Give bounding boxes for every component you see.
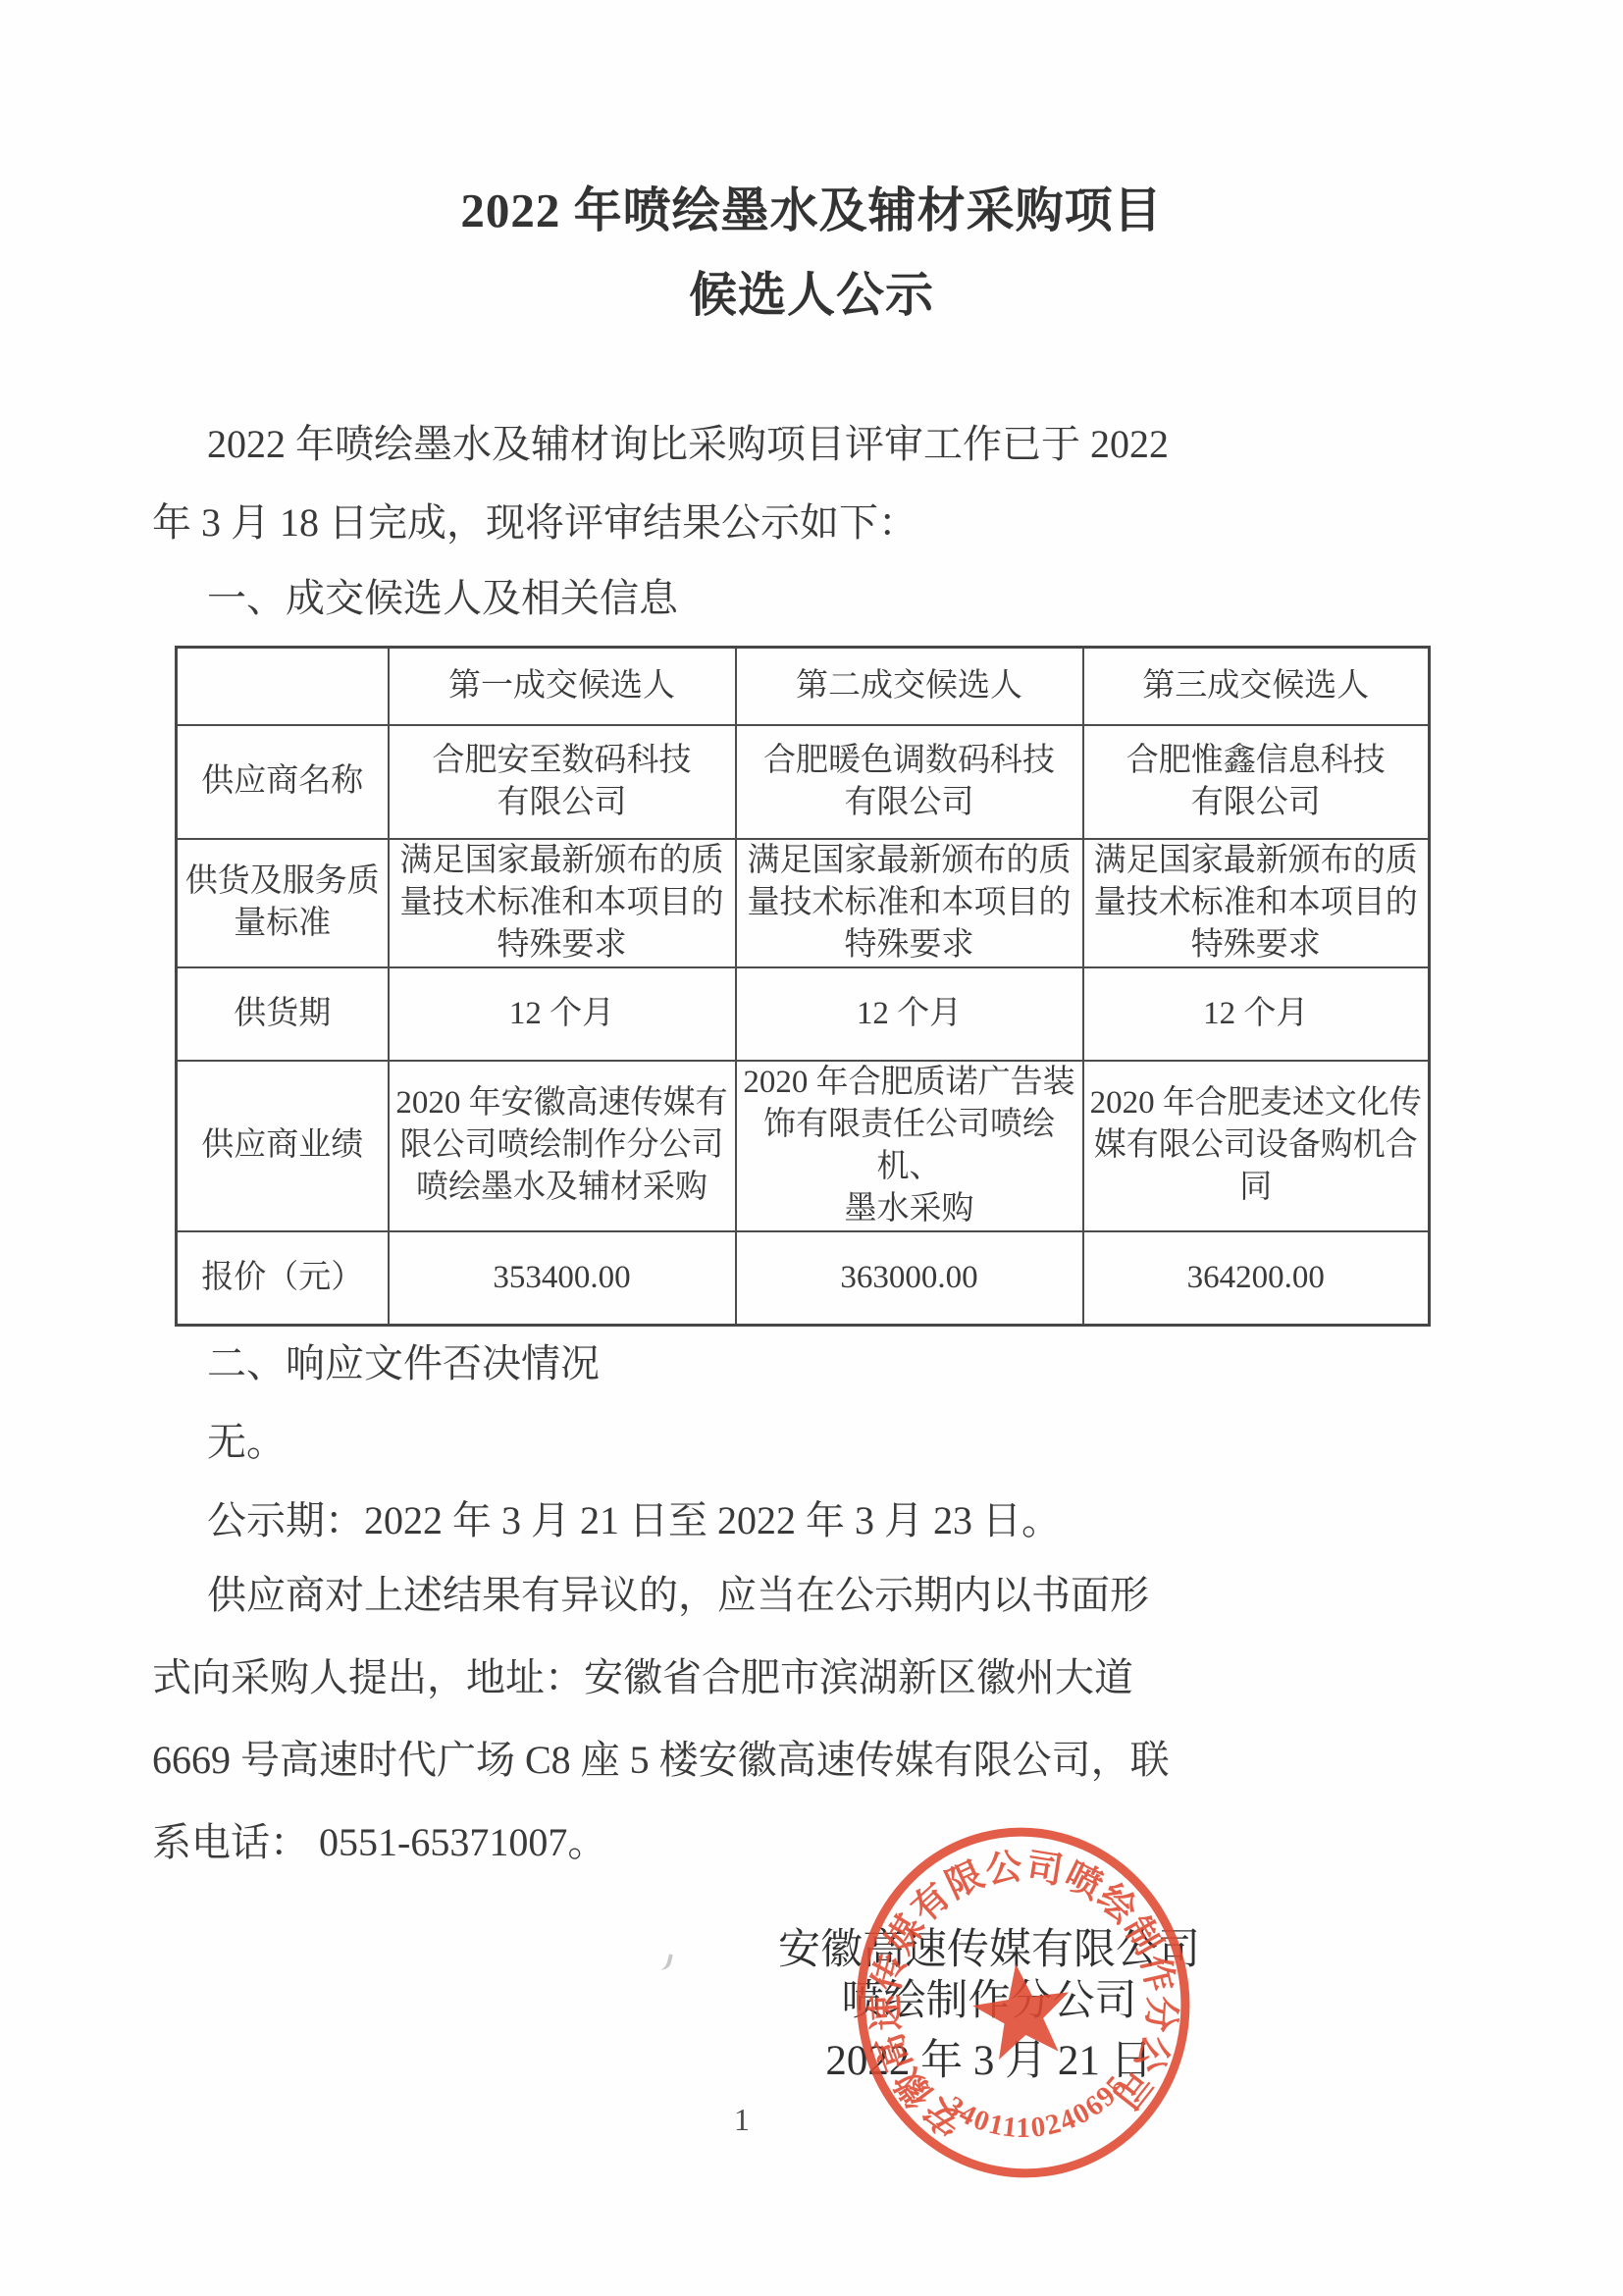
- title-line-2: 候选人公示: [0, 253, 1623, 338]
- cell-supplier-2: 合肥暖色调数码科技 有限公司: [736, 725, 1083, 839]
- seal-svg: 安徽高速传媒有限公司喷绘制作分公司 3401110240695: [840, 1811, 1213, 2200]
- section-two-body: 无。: [152, 1403, 1477, 1482]
- company-seal-stamp: 安徽高速传媒有限公司喷绘制作分公司 3401110240695: [840, 1811, 1213, 2200]
- cell-quality-1: 满足国家最新颁布的质 量技术标准和本项目的 特殊要求: [389, 839, 736, 967]
- document-page: 2022 年喷绘墨水及辅材采购项目 候选人公示 2022 年喷绘墨水及辅材询比采…: [0, 0, 1623, 2296]
- cell-price-3: 364200.00: [1083, 1231, 1430, 1326]
- seal-code-textpath: 3401110240695: [937, 2065, 1140, 2156]
- row-label: 供应商名称: [177, 725, 389, 839]
- title-line-1: 2022 年喷绘墨水及辅材采购项目: [0, 169, 1623, 253]
- table-row-supply-period: 供货期 12 个月 12 个月 12 个月: [177, 967, 1430, 1061]
- cell-price-2: 363000.00: [736, 1231, 1083, 1326]
- candidates-table: 第一成交候选人 第二成交候选人 第三成交候选人 供应商名称 合肥安至数码科技 有…: [175, 646, 1431, 1327]
- row-label: 供货及服务质 量标准: [177, 839, 389, 967]
- row-label: 供应商业绩: [177, 1061, 389, 1231]
- header-cell-third-candidate: 第三成交候选人: [1083, 648, 1430, 725]
- cell-period-2: 12 个月: [736, 967, 1083, 1061]
- cell-period-3: 12 个月: [1083, 967, 1430, 1061]
- table-header-row: 第一成交候选人 第二成交候选人 第三成交候选人: [177, 648, 1430, 725]
- section-two: 二、响应文件否决情况 无。 公示期：2022 年 3 月 21 日至 2022 …: [152, 1325, 1477, 1560]
- page-number: 1: [734, 2102, 750, 2138]
- publicity-period-line: 公示期：2022 年 3 月 21 日至 2022 年 3 月 23 日。: [152, 1482, 1477, 1560]
- scan-artifact: [654, 1951, 673, 1971]
- cell-quality-3: 满足国家最新颁布的质 量技术标准和本项目的 特殊要求: [1083, 839, 1430, 967]
- table-row-quality-standard: 供货及服务质 量标准 满足国家最新颁布的质 量技术标准和本项目的 特殊要求 满足…: [177, 839, 1430, 967]
- row-label: 供货期: [177, 967, 389, 1061]
- seal-code-text: 3401110240695: [937, 2065, 1140, 2156]
- section-one-heading: 一、成交候选人及相关信息: [152, 559, 1477, 638]
- row-label: 报价（元）: [177, 1231, 389, 1326]
- document-title: 2022 年喷绘墨水及辅材采购项目 候选人公示: [0, 169, 1623, 338]
- table-row-supplier-name: 供应商名称 合肥安至数码科技 有限公司 合肥暖色调数码科技 有限公司 合肥惟鑫信…: [177, 725, 1430, 839]
- cell-performance-2: 2020 年合肥质诺广告装 饰有限责任公司喷绘机、 墨水采购: [736, 1061, 1083, 1231]
- header-cell-blank: [177, 648, 389, 725]
- cell-quality-2: 满足国家最新颁布的质 量技术标准和本项目的 特殊要求: [736, 839, 1083, 967]
- cell-price-1: 353400.00: [389, 1231, 736, 1326]
- section-two-heading: 二、响应文件否决情况: [152, 1325, 1477, 1403]
- cell-supplier-1: 合肥安至数码科技 有限公司: [389, 725, 736, 839]
- cell-supplier-3: 合肥惟鑫信息科技 有限公司: [1083, 725, 1430, 839]
- cell-performance-1: 2020 年安徽高速传媒有 限公司喷绘制作分公司 喷绘墨水及辅材采购: [389, 1061, 736, 1231]
- table-row-quoted-price: 报价（元） 353400.00 363000.00 364200.00: [177, 1231, 1430, 1326]
- objection-paragraph: 供应商对上述结果有异议的，应当在公示期内以书面形 式向采购人提出，地址：安徽省合…: [152, 1554, 1477, 1884]
- intro-paragraph: 2022 年喷绘墨水及辅材询比采购项目评审工作已于 2022 年 3 月 18 …: [152, 405, 1477, 562]
- cell-period-1: 12 个月: [389, 967, 736, 1061]
- header-cell-first-candidate: 第一成交候选人: [389, 648, 736, 725]
- table-row-supplier-performance: 供应商业绩 2020 年安徽高速传媒有 限公司喷绘制作分公司 喷绘墨水及辅材采购…: [177, 1061, 1430, 1231]
- star-icon: [968, 1957, 1076, 2062]
- cell-performance-3: 2020 年合肥麦述文化传 媒有限公司设备购机合 同: [1083, 1061, 1430, 1231]
- header-cell-second-candidate: 第二成交候选人: [736, 648, 1083, 725]
